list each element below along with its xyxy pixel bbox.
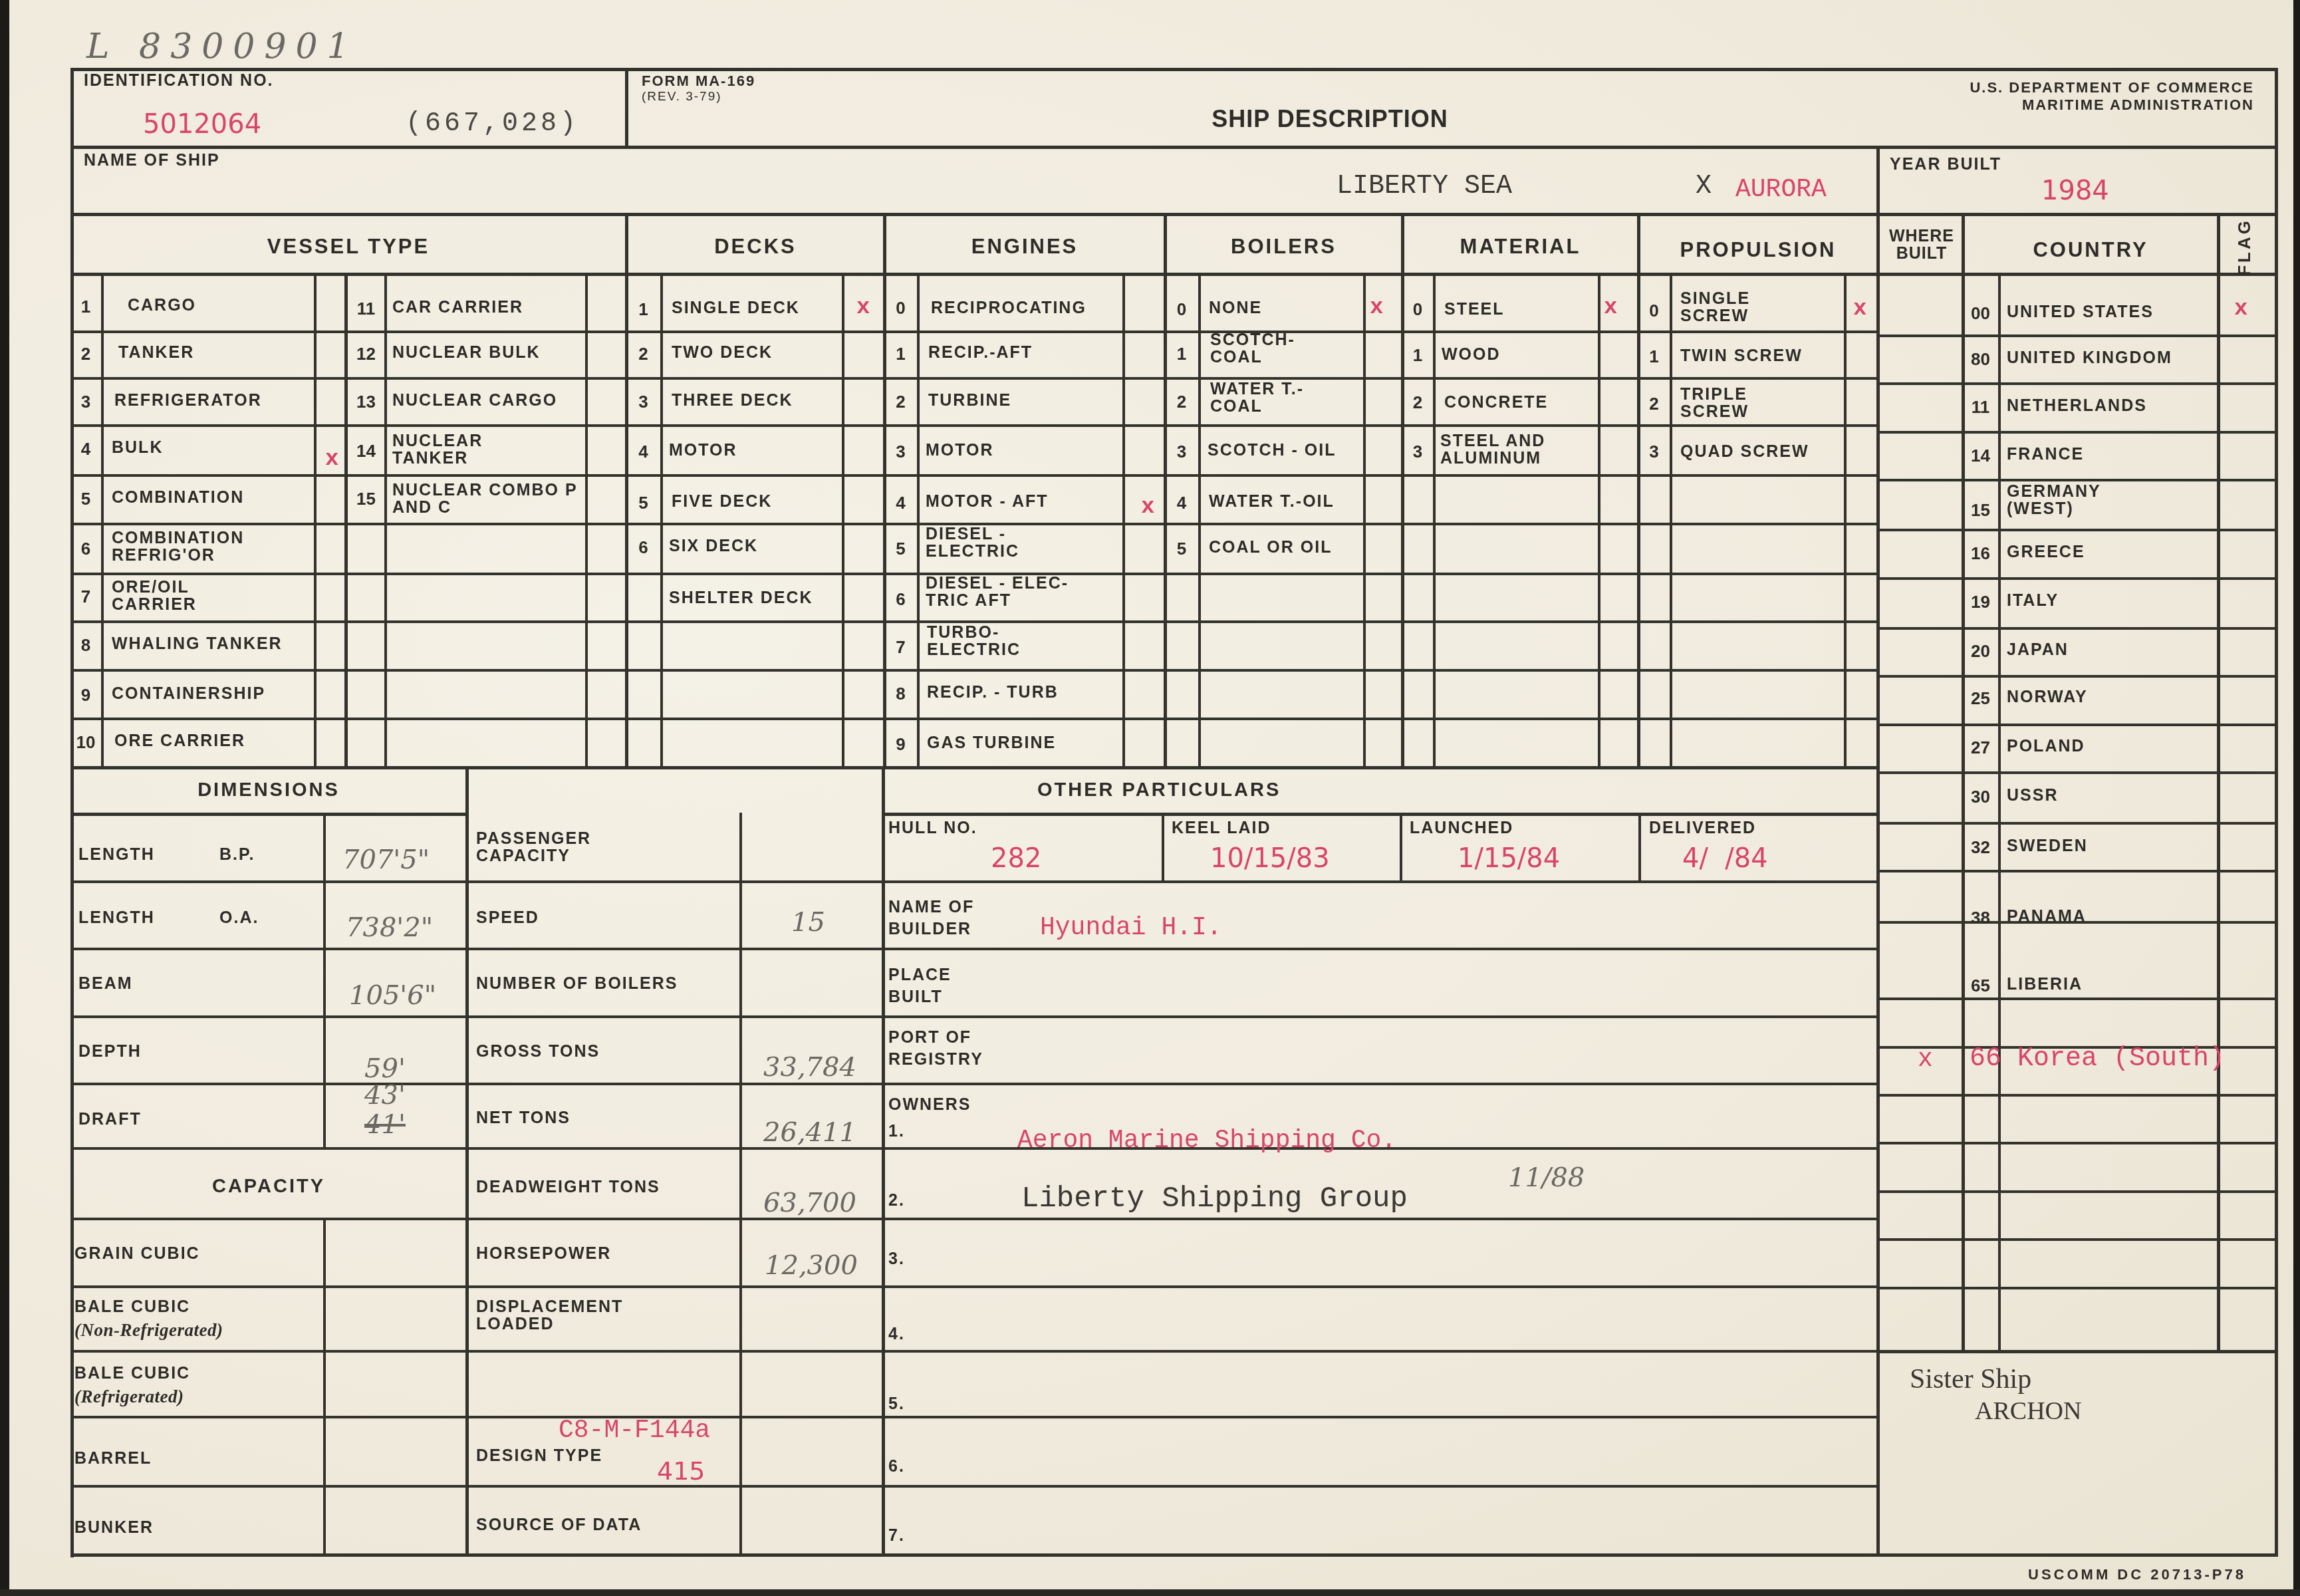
row-line [70,669,1878,672]
engine-option-diesel-electric-aft[interactable]: DIESEL - ELEC- TRIC AFT [926,575,1112,610]
propulsion-code: 2 [1638,394,1670,414]
col-div-material [1401,213,1404,769]
engine-option-gas-turbine[interactable]: GAS TURBINE [927,734,1056,751]
flag-header: FLAG [2234,218,2255,276]
capacity-label: GRAIN CUBIC [74,1245,200,1262]
section-header-rule [70,273,2278,276]
vt-code: 8 [70,635,101,656]
boiler-code: 0 [1165,299,1198,320]
boiler-code: 5 [1165,539,1198,559]
vt-option-ore-oil-carrier[interactable]: ORE/OIL CARRIER [112,579,245,614]
deck-code: 4 [626,442,660,462]
country-code: 25 [1963,688,1998,709]
country-option-sweden[interactable]: SWEDEN [2007,837,2088,855]
keel-laid-label: KEEL LAID [1172,819,1271,837]
horsepower-value: 12,300 [765,1250,858,1281]
country-code: 38 [1963,908,1998,928]
header-divider [625,68,628,148]
lower-row-line [70,1485,1878,1488]
boiler-option-scotch-coal[interactable]: SCOTCH- COAL [1210,331,1303,366]
propulsion-option-quad-screw[interactable]: QUAD SCREW [1680,443,1809,460]
material-code: 0 [1402,299,1433,320]
deck-option-two[interactable]: TWO DECK [672,344,773,361]
capacity-label: BALE CUBIC [74,1365,190,1382]
country-row-line [1876,675,2278,678]
scan-edge-left [0,0,9,1596]
vt-option-nuclear-bulk[interactable]: NUCLEAR BULK [392,344,541,361]
vt-code-div [101,273,104,769]
vt-option-combination-refrig[interactable]: COMBINATION REFRIG'OR [112,529,311,565]
keel-laid-value: 10/15/83 [1210,843,1330,874]
propulsion-header: PROPULSION [1638,238,1878,262]
boilers-header: BOILERS [1165,235,1402,259]
mat-label-div [1598,273,1600,769]
country-option-liberia[interactable]: LIBERIA [2007,976,2083,993]
boil-code-div [1198,273,1201,769]
vt-code: 14 [348,441,384,462]
owner-number: 6. [888,1458,905,1475]
decks-label-div [842,273,844,769]
engine-option-diesel-electric[interactable]: DIESEL - ELECTRIC [926,525,1079,561]
country-option-panama[interactable]: PANAMA [2007,908,2087,925]
owners-label: OWNERS [888,1096,971,1113]
material-code: 1 [1402,345,1433,366]
country-row-line [1876,822,2278,825]
remarks-line1: Sister Ship [1910,1363,2031,1395]
dim-label: DEPTH [78,1043,142,1060]
deck-option-single[interactable]: SINGLE DECK [672,299,800,317]
country-row-line [1876,431,2278,434]
deck-option-five[interactable]: FIVE DECK [672,493,772,510]
country-option-ussr[interactable]: USSR [2007,787,2058,804]
boiler-code: 3 [1165,442,1198,462]
lower-row-line [70,1015,1878,1018]
country-code: 65 [1963,976,1998,996]
vt-code: 4 [70,439,101,460]
country-row-line [1876,1238,2278,1241]
eng-code-div [917,273,920,769]
scan-edge-bottom [0,1589,2300,1596]
lower-row-line [70,1285,1878,1288]
vt-code: 1 [70,297,101,317]
engine-code: 5 [884,539,917,559]
keel-div [1162,813,1164,882]
launched-label: LAUNCHED [1410,819,1513,837]
vt-code: 6 [70,539,101,559]
engine-code: 7 [884,637,917,658]
file-number: L 8300901 [86,27,358,66]
flag-united-states-check-mark: x [2234,297,2247,322]
delivered-div [1638,813,1641,882]
vt-option-refrigerator[interactable]: REFRIGERATOR [114,392,262,409]
material-option-steel[interactable]: STEEL [1444,301,1505,318]
material-option-wood[interactable]: WOOD [1442,346,1501,363]
vt-option-cargo[interactable]: CARGO [128,297,196,314]
hull-no-label: HULL NO. [888,819,977,837]
hull-no-value: 282 [991,843,1041,874]
vt-option-combination[interactable]: COMBINATION [112,489,244,506]
beam-value: 105'6" [349,980,436,1011]
deck-code: 1 [626,299,660,320]
capacity-note: (Refrigerated) [74,1387,184,1406]
vt-option-whaling-tanker[interactable]: WHALING TANKER [112,635,283,652]
country-row-line [1876,1142,2278,1144]
deck-code: 5 [626,493,660,513]
delivered-value: 4/ /84 [1682,843,1768,874]
engine-option-reciprocating[interactable]: RECIPROCATING [931,299,1086,317]
draft-value: 43' [364,1080,406,1111]
op-label: SOURCE OF DATA [476,1516,642,1533]
row-line [70,424,1878,427]
op-label: DISPLACEMENT LOADED [476,1298,676,1333]
owner-number: 1. [888,1123,905,1140]
engine-code: 0 [884,298,917,319]
lower-row-line [70,1147,1878,1150]
boiler-option-scotch-oil[interactable]: SCOTCH - OIL [1208,442,1336,459]
identification-label: IDENTIFICATION NO. [84,72,274,89]
country-code: 15 [1963,500,1998,521]
owner-2-note: 11/88 [1508,1162,1585,1193]
vt-option-bulk[interactable]: BULK [112,439,163,456]
vt-option-nuclear-cargo[interactable]: NUCLEAR CARGO [392,392,557,409]
propulsion-option-single-screw[interactable]: SINGLE SCREW [1680,290,1773,325]
dim-sub: B.P. [219,846,255,863]
country-code: 00 [1963,303,1998,324]
vt-code: 10 [70,732,101,753]
engine-option-turbine[interactable]: TURBINE [928,392,1011,409]
vt-option-nuclear-tanker[interactable]: NUCLEAR TANKER [392,432,499,467]
vt2-code-div [384,273,387,769]
country-code: 27 [1963,737,1998,758]
vt-code: 5 [70,489,101,509]
footer-code: USCOMM DC 20713-P78 [2028,1567,2246,1582]
length-oa-value: 738'2" [346,912,433,943]
decks-header: DECKS [626,235,884,259]
vt-option-tanker[interactable]: TANKER [118,344,194,361]
boiler-code: 1 [1165,344,1198,364]
vessel-type-header: VESSEL TYPE [70,235,626,259]
col-div-boilers [1164,213,1167,769]
country-code: 11 [1963,397,1998,418]
op-label: NUMBER OF BOILERS [476,975,678,992]
material-steel-check-mark: x [1604,295,1617,321]
gross-tons-value: 33,784 [763,1052,856,1083]
vt-code: 11 [348,299,384,319]
deck-option-six[interactable]: SIX DECK [669,537,758,555]
vt2-label-div [585,273,588,769]
lower-row-line [70,1083,1878,1085]
length-bp-value: 707'5" [342,845,430,875]
vt-code: 7 [70,587,101,607]
op-label: DEADWEIGHT TONS [476,1178,660,1196]
vt-code: 13 [348,392,384,412]
header-bottom-rule [70,146,2278,149]
capacity-value-div [323,1219,326,1555]
country-row-line [1876,627,2278,630]
owners-left-div [882,766,885,1556]
row-line [70,377,1878,380]
country-row-line [1876,1287,2278,1289]
mat-code-div [1433,273,1436,769]
remarks-right [2275,1350,2278,1556]
country-option-norway[interactable]: NORWAY [2007,688,2088,706]
country-row-line [1876,529,2278,531]
lower-row-line [70,1416,1878,1418]
engine-code: 4 [884,493,917,513]
place-built-label: PLACE BUILT [888,964,981,1007]
dim-label: BEAM [78,975,133,992]
name-row-bottom-rule [70,213,2278,216]
form-revision: (REV. 3-79) [642,90,722,104]
builder-value: Hyundai H.I. [1040,914,1222,942]
deck-option-shelter[interactable]: SHELTER DECK [669,589,813,606]
country-row-line [1876,1094,2278,1097]
propulsion-code: 1 [1638,346,1670,367]
engine-code: 8 [884,684,917,704]
op-label: PASSENGER CAPACITY [476,830,676,865]
dim-label: DRAFT [78,1111,142,1128]
material-header: MATERIAL [1402,235,1638,259]
capacity-label: BALE CUBIC [74,1298,190,1315]
delivered-label: DELIVERED [1649,819,1756,837]
engine-code: 1 [884,344,917,364]
owner-2-value: Liberty Shipping Group [1021,1182,1408,1216]
deadweight-tons-value: 63,700 [763,1188,856,1218]
net-tons-value: 26,411 [763,1117,856,1148]
remarks-left [1876,1350,1880,1556]
lower-row-line [70,1350,1878,1353]
builder-label: NAME OF BUILDER [888,896,1021,940]
port-of-registry-label: PORT OF REGISTRY [888,1027,1008,1070]
engine-code: 3 [884,442,917,462]
dimensions-header: DIMENSIONS [70,779,467,801]
row-line [70,474,1878,477]
country-code: 20 [1963,641,1998,662]
country-grid-bottom-rule [1876,1350,2278,1353]
country-option-poland[interactable]: POLAND [2007,737,2085,755]
form-number: FORM MA-169 [642,73,755,88]
identification-secondary: (667,028) [406,109,579,139]
other-particulars-header: OTHER PARTICULARS [884,779,1549,801]
capacity-header: CAPACITY [70,1176,467,1198]
deck-code: 3 [626,392,660,412]
other-header-rule [882,813,1878,816]
eng-label-div [1122,273,1125,769]
dim-label: LENGTH [78,846,155,863]
engine-option-recip-aft[interactable]: RECIP.-AFT [928,344,1033,361]
boiler-option-water-t-coal[interactable]: WATER T.- COAL [1210,380,1317,416]
deck-code: 2 [626,344,660,364]
op-label: HORSEPOWER [476,1245,611,1262]
ship-name-x-mark: X [1696,172,1712,201]
vt-code: 15 [348,489,384,509]
where-built-korea-mark: x [1918,1045,1933,1074]
identification-value: 5012064 [143,109,261,140]
remarks-bottom [1876,1553,2278,1557]
draft-value-struck: 41' [364,1109,406,1140]
country-row-line [1876,1190,2278,1193]
country-option-united-kingdom[interactable]: UNITED KINGDOM [2007,349,2172,366]
form-title: SHIP DESCRIPTION [1130,105,1529,133]
vt-code: 9 [70,685,101,706]
vt-option-nuclear-combo[interactable]: NUCLEAR COMBO P AND C [392,481,585,517]
other-value-div [739,813,742,1555]
agency-line2: MARITIME ADMINISTRATION [1862,97,2254,112]
col-div-decks [625,213,628,769]
vt-bulk-check-mark: x [325,447,338,472]
deck-option-three[interactable]: THREE DECK [672,392,793,409]
vt-option-containership[interactable]: CONTAINERSHIP [112,685,265,702]
country-row-line [1876,870,2278,872]
vt-label-div [314,273,317,769]
country-option-netherlands[interactable]: NETHERLANDS [2007,397,2147,414]
country-row-line [1876,577,2278,580]
owner-number: 7. [888,1527,905,1544]
engine-code: 6 [884,589,917,610]
engine-option-motor[interactable]: MOTOR [926,442,994,459]
col-div-propulsion [1637,213,1640,769]
op-label: DESIGN TYPE [476,1447,602,1464]
propulsion-option-triple-screw[interactable]: TRIPLE SCREW [1680,386,1773,421]
country-row-line [1876,334,2278,337]
speed-value: 15 [791,907,825,938]
country-code: 32 [1963,837,1998,858]
vt-code: 2 [70,344,101,364]
frame-bottom [70,1553,1880,1557]
where-built-header: WHERE BUILT [1882,227,1962,263]
propulsion-code: 3 [1638,442,1670,462]
ship-name-value: LIBERTY SEA [1337,172,1512,201]
prop-code-div [1670,273,1672,769]
country-row-line [1876,479,2278,481]
boiler-option-coal-or-oil[interactable]: COAL OR OIL [1209,539,1332,556]
row-line [70,331,1878,333]
lower-div-dims-other [465,766,469,1556]
material-code: 3 [1402,442,1433,462]
lower-row-line [70,880,1878,883]
row-line [70,718,1878,720]
prop-label-div [1844,273,1847,769]
propulsion-option-twin-screw[interactable]: TWIN SCREW [1680,347,1803,364]
owner-number: 3. [888,1250,905,1267]
design-type-value: C8-M-F144a [559,1416,710,1445]
frame-top [70,68,2278,71]
year-built-value: 1984 [2041,176,2109,206]
country-code: 14 [1963,446,1998,466]
engine-option-recip-turb[interactable]: RECIP. - TURB [927,684,1059,701]
boiler-none-check-mark: x [1370,295,1383,321]
country-option-greece[interactable]: GREECE [2007,543,2085,561]
engines-header: ENGINES [884,235,1165,259]
ship-name-label: NAME OF SHIP [84,152,220,169]
capacity-label: BUNKER [74,1519,154,1536]
dims-value-div [323,813,326,1148]
country-row-line [1876,771,2278,774]
country-option-united-states[interactable]: UNITED STATES [2007,303,2154,321]
lower-row-line [70,948,1878,950]
engine-option-motor-aft[interactable]: MOTOR - AFT [926,493,1048,510]
boiler-option-none[interactable]: NONE [1209,299,1262,317]
engine-option-turbo-electric[interactable]: TURBO- ELECTRIC [927,624,1060,659]
country-row-line [1876,997,2278,1000]
propulsion-code: 0 [1638,301,1670,321]
frame-right [2275,68,2278,1353]
material-option-steel-aluminum[interactable]: STEEL AND ALUMINUM [1440,432,1587,467]
capacity-label: BARREL [74,1450,152,1467]
vt-code: 12 [348,344,384,364]
design-type-value2: 415 [657,1456,705,1486]
material-code: 2 [1402,392,1433,413]
boiler-option-water-t-oil[interactable]: WATER T.-OIL [1209,493,1335,510]
engine-code: 2 [884,392,917,412]
boiler-code: 2 [1165,392,1198,412]
country-code: 30 [1963,787,1998,807]
owner-1-value: Aeron Marine Shipping Co. [1017,1127,1396,1155]
country-code: 80 [1963,349,1998,370]
upper-grid-bottom-rule [70,766,1878,769]
owner-number: 2. [888,1192,905,1209]
country-option-france[interactable]: FRANCE [2007,446,2084,463]
op-label: SPEED [476,909,539,926]
engine-motor-aft-check-mark: x [1141,495,1154,520]
owner-number: 5. [888,1395,905,1412]
op-label: NET TONS [476,1109,571,1127]
added-country-code: 66 [1970,1044,2001,1074]
country-row-line [1876,382,2278,385]
boiler-code: 4 [1165,493,1198,513]
country-code: 16 [1963,543,1998,564]
lower-row-line [70,1218,1878,1220]
engine-code: 9 [884,734,917,755]
former-ship-name: AURORA [1735,176,1827,204]
agency-line1: U.S. DEPARTMENT OF COMMERCE [1862,80,2254,95]
country-header: COUNTRY [1963,238,2218,262]
vt-option-car-carrier[interactable]: CAR CARRIER [392,299,523,316]
country-option-italy[interactable]: ITALY [2007,592,2059,609]
added-country-label: Korea (South) [2017,1044,2225,1074]
remarks-line2: ARCHON [1975,1396,2081,1426]
boil-label-div [1363,273,1366,769]
dim-label: LENGTH [78,909,155,926]
deck-option-motor[interactable]: MOTOR [669,442,737,459]
country-option-germany-west[interactable]: GERMANY (WEST) [2007,483,2126,518]
year-built-label: YEAR BUILT [1890,156,2001,173]
country-option-japan[interactable]: JAPAN [2007,641,2069,658]
owner-number: 4. [888,1325,905,1343]
country-row-line [1876,724,2278,726]
propulsion-single-check-mark: x [1853,297,1866,322]
scan-edge-right [2293,0,2300,1596]
launched-value: 1/15/84 [1458,843,1560,874]
vt-code: 3 [70,392,101,412]
vt-option-ore-carrier[interactable]: ORE CARRIER [114,732,245,749]
launched-div [1400,813,1402,882]
country-code: 19 [1963,592,1998,612]
capacity-note: (Non-Refrigerated) [74,1321,223,1339]
material-option-concrete[interactable]: CONCRETE [1444,394,1548,411]
decks-code-div [660,273,663,769]
dims-header-rule [70,813,467,816]
deck-single-check-mark: x [856,295,870,321]
op-label: GROSS TONS [476,1043,600,1060]
year-built-divider [1876,146,1880,215]
deck-code: 6 [626,537,660,558]
dim-sub: O.A. [219,909,259,926]
